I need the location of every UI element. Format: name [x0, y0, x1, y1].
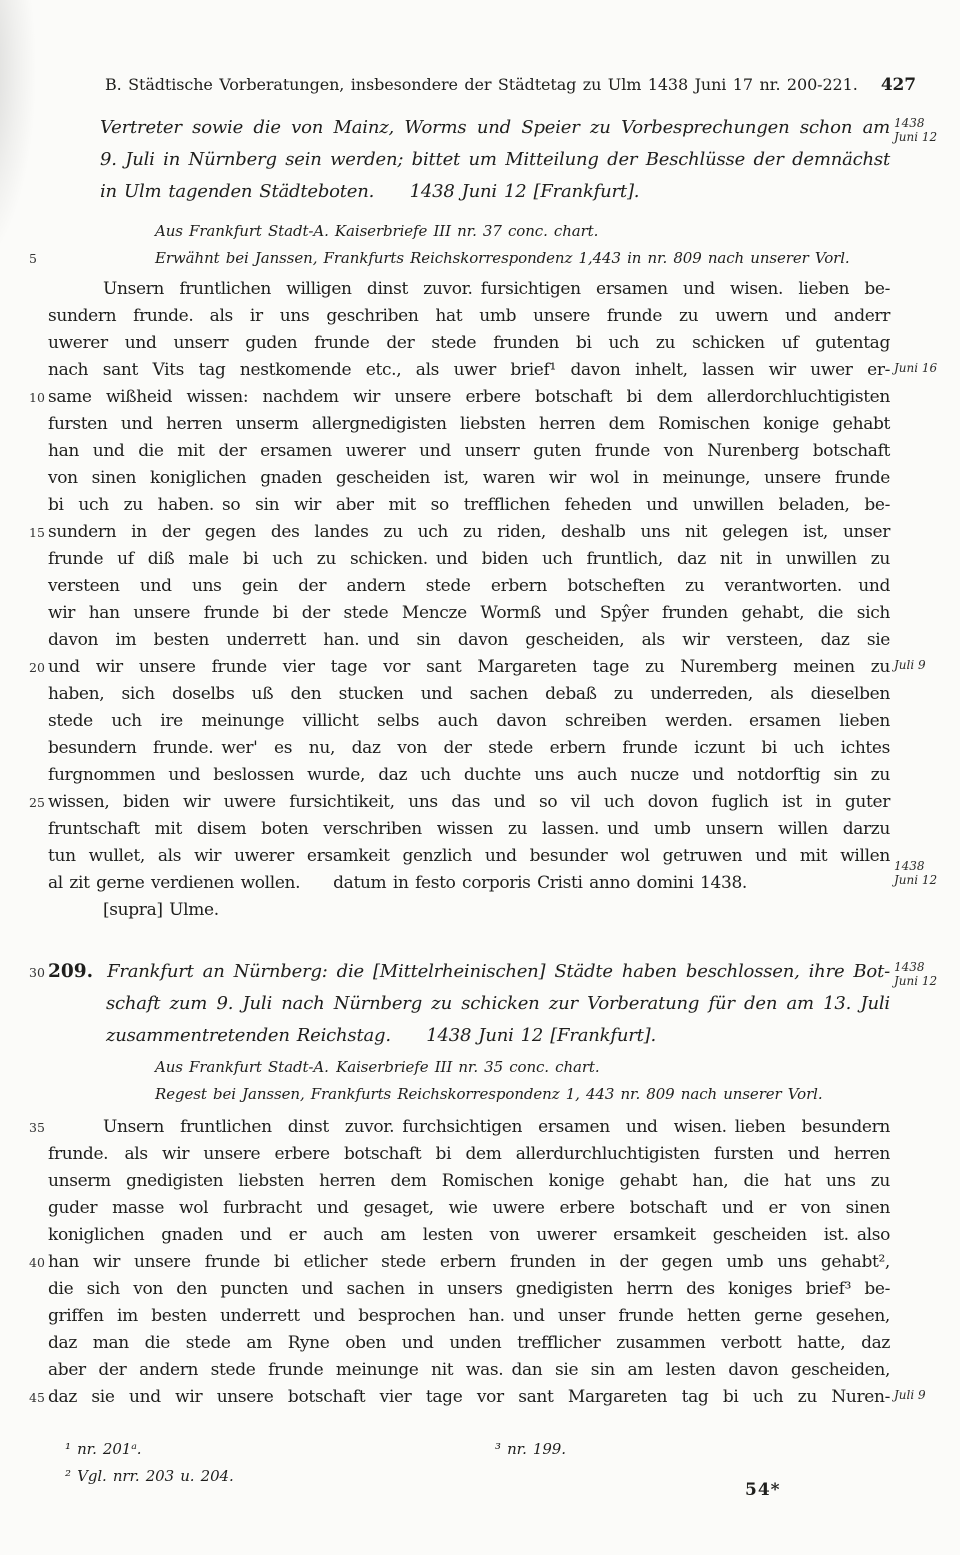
- heading-text: schaft zum 9. Juli nach Nürnberg zu schi…: [48, 988, 890, 1020]
- text-line: besundern frunde. wer' es nu, daz von de…: [0, 735, 960, 762]
- text-line: die sich von den puncten und sachen in u…: [0, 1276, 960, 1303]
- source-line: Aus Frankfurt Stadt-A. Kaiserbriefe III …: [0, 1054, 960, 1081]
- margin-date-note: 1438 Juni 12: [894, 859, 958, 887]
- body-text: haben, sich doselbs uß den stucken und s…: [48, 681, 890, 708]
- body-text: wir han unsere frunde bi der stede Mencz…: [48, 600, 890, 627]
- text-line: davon im besten underrett han. und sin d…: [0, 627, 960, 654]
- text-line: griffen im besten underrett und besproch…: [0, 1303, 960, 1330]
- margin-date-note: 1438 Juni 12: [894, 960, 958, 988]
- body-text: Unsern fruntlichen willigen dinst zuvor.…: [48, 276, 890, 303]
- body-text: und wir unsere frunde vier tage vor sant…: [48, 654, 890, 681]
- line-number: 20: [0, 660, 48, 675]
- body-text: guder masse wol furbracht und gesaget, w…: [48, 1195, 890, 1222]
- line-number: 5: [0, 251, 48, 266]
- body-text: davon im besten underrett han. und sin d…: [48, 627, 890, 654]
- source-text: Aus Frankfurt Stadt-A. Kaiserbriefe III …: [48, 218, 890, 245]
- text-line: guder masse wol furbracht und gesaget, w…: [0, 1195, 960, 1222]
- entry-number: 209.: [48, 961, 93, 982]
- text-line: versteen und uns gein der andern stede e…: [0, 573, 960, 600]
- text-line: Unsern fruntlichen willigen dinst zuvor.…: [0, 276, 960, 303]
- summary-text: 9. Juli in Nürnberg sein werden; bittet …: [48, 144, 890, 176]
- body-text: von sinen koniglichen gnaden gescheiden …: [48, 465, 890, 492]
- text-line: aber der andern stede frunde meinunge ni…: [0, 1357, 960, 1384]
- source-line: Aus Frankfurt Stadt-A. Kaiserbriefe III …: [0, 218, 960, 245]
- text-line: 35Unsern fruntlichen dinst zuvor. furchs…: [0, 1114, 960, 1141]
- summary-line: 9. Juli in Nürnberg sein werden; bittet …: [0, 144, 960, 176]
- text-line: 45daz sie und wir unsere botschaft vier …: [0, 1384, 960, 1411]
- body-text: Unsern fruntlichen dinst zuvor. furchsic…: [48, 1114, 890, 1141]
- body-text: versteen und uns gein der andern stede e…: [48, 573, 890, 600]
- body-text: bi uch zu haben. so sin wir aber mit so …: [48, 492, 890, 519]
- text-line: daz man die stede am Ryne oben und unden…: [0, 1330, 960, 1357]
- text-line: sundern frunde. als ir uns geschriben ha…: [0, 303, 960, 330]
- source-text: Aus Frankfurt Stadt-A. Kaiserbriefe III …: [48, 1054, 890, 1081]
- body-text: wissen, biden wir uwere fursichtikeit, u…: [48, 789, 890, 816]
- text-line: unserm gnedigisten liebsten herren dem R…: [0, 1168, 960, 1195]
- body-text: nach sant Vits tag nestkomende etc., als…: [48, 357, 890, 384]
- entry-209-body: 35Unsern fruntlichen dinst zuvor. furchs…: [0, 1114, 960, 1411]
- text-line: bi uch zu haben. so sin wir aber mit so …: [0, 492, 960, 519]
- text-line: 10same wißheid wissen: nachdem wir unser…: [0, 384, 960, 411]
- summary-text: Vertreter sowie die von Mainz, Worms und…: [48, 112, 890, 144]
- text-line: uwerer und unserr guden frunde der stede…: [0, 330, 960, 357]
- text-line: al zit gerne verdienen wollen. datum in …: [0, 870, 960, 897]
- entry-208-body: Unsern fruntlichen willigen dinst zuvor.…: [0, 276, 960, 924]
- body-text: han wir unsere frunde bi etlicher stede …: [48, 1249, 890, 1276]
- body-text: sundern in der gegen des landes zu uch z…: [48, 519, 890, 546]
- body-text: al zit gerne verdienen wollen. datum in …: [48, 870, 890, 897]
- heading-text: Frankfurt an Nürnberg: die [Mittelrheini…: [107, 961, 890, 982]
- heading-line: 30 209.Frankfurt an Nürnberg: die [Mitte…: [0, 956, 960, 988]
- text-line: stede uch ire meinunge villicht selbs au…: [0, 708, 960, 735]
- text-line: 40han wir unsere frunde bi etlicher sted…: [0, 1249, 960, 1276]
- page-number: 427: [881, 74, 916, 96]
- source-text: Erwähnt bei Janssen, Frankfurts Reichsko…: [48, 245, 890, 272]
- body-text: same wißheid wissen: nachdem wir unsere …: [48, 384, 890, 411]
- entry-208-sources: Aus Frankfurt Stadt-A. Kaiserbriefe III …: [0, 218, 960, 272]
- text-line: nach sant Vits tag nestkomende etc., als…: [0, 357, 960, 384]
- line-number: 30: [0, 965, 48, 980]
- margin-date-note: Juli 9: [894, 658, 958, 672]
- body-text: tun wullet, als wir uwerer ersamkeit gen…: [48, 843, 890, 870]
- body-text: fruntschaft mit disem boten verschriben …: [48, 816, 890, 843]
- book-page: B. Städtische Vorberatungen, insbesonder…: [0, 0, 960, 1555]
- page-header: B. Städtische Vorberatungen, insbesonder…: [0, 74, 960, 96]
- entry-208-summary: Vertreter sowie die von Mainz, Worms und…: [0, 112, 960, 208]
- line-number: 45: [0, 1390, 48, 1405]
- summary-line: in Ulm tagenden Städteboten. 1438 Juni 1…: [0, 176, 960, 208]
- body-text: daz sie und wir unsere botschaft vier ta…: [48, 1384, 890, 1411]
- signature-mark-row: 54*: [0, 1477, 960, 1504]
- body-text: unserm gnedigisten liebsten herren dem R…: [48, 1168, 890, 1195]
- text-line: wir han unsere frunde bi der stede Mencz…: [0, 600, 960, 627]
- body-text: sundern frunde. als ir uns geschriben ha…: [48, 303, 890, 330]
- body-text: griffen im besten underrett und besproch…: [48, 1303, 890, 1330]
- text-line: frunde. als wir unsere erbere botschaft …: [0, 1141, 960, 1168]
- summary-text: in Ulm tagenden Städteboten. 1438 Juni 1…: [48, 176, 890, 208]
- footnote-3: ³ nr. 199.: [478, 1436, 566, 1463]
- entry-209-heading: 30 209.Frankfurt an Nürnberg: die [Mitte…: [0, 956, 960, 1052]
- heading-line: schaft zum 9. Juli nach Nürnberg zu schi…: [0, 988, 960, 1020]
- line-number: 25: [0, 795, 48, 810]
- body-text: [supra] Ulme.: [48, 897, 890, 924]
- source-line: Regest bei Janssen, Frankfurts Reichskor…: [0, 1081, 960, 1108]
- text-line: fursten und herren unserm allergnedigist…: [0, 411, 960, 438]
- heading-line: zusammentretenden Reichstag. 1438 Juni 1…: [0, 1020, 960, 1052]
- margin-date-note: 1438 Juni 12: [894, 116, 958, 144]
- running-header: B. Städtische Vorberatungen, insbesonder…: [105, 74, 858, 96]
- body-text: daz man die stede am Ryne oben und unden…: [48, 1330, 890, 1357]
- source-text: Regest bei Janssen, Frankfurts Reichskor…: [48, 1081, 890, 1108]
- body-text: frunde uf diß male bi uch zu schicken. u…: [48, 546, 890, 573]
- body-text: koniglichen gnaden und er auch am lesten…: [48, 1222, 890, 1249]
- footnote-1: ¹ nr. 201ᵃ.: [48, 1436, 478, 1463]
- body-text: uwerer und unserr guden frunde der stede…: [48, 330, 890, 357]
- body-text: aber der andern stede frunde meinunge ni…: [48, 1357, 890, 1384]
- signature-mark: 54*: [745, 1480, 781, 1500]
- body-text: furgnommen und beslossen wurde, daz uch …: [48, 762, 890, 789]
- entry-209-sources: Aus Frankfurt Stadt-A. Kaiserbriefe III …: [0, 1054, 960, 1108]
- body-text: frunde. als wir unsere erbere botschaft …: [48, 1141, 890, 1168]
- summary-line: Vertreter sowie die von Mainz, Worms und…: [0, 112, 960, 144]
- text-line: tun wullet, als wir uwerer ersamkeit gen…: [0, 843, 960, 870]
- heading-text: zusammentretenden Reichstag. 1438 Juni 1…: [48, 1020, 890, 1052]
- line-number: 35: [0, 1120, 48, 1135]
- text-line: 20und wir unsere frunde vier tage vor sa…: [0, 654, 960, 681]
- source-line: 5 Erwähnt bei Janssen, Frankfurts Reichs…: [0, 245, 960, 272]
- text-line: haben, sich doselbs uß den stucken und s…: [0, 681, 960, 708]
- text-line: 15sundern in der gegen des landes zu uch…: [0, 519, 960, 546]
- body-text: die sich von den puncten und sachen in u…: [48, 1276, 890, 1303]
- margin-date-note: Juni 16: [894, 361, 958, 375]
- footnote-line: ¹ nr. 201ᵃ.³ nr. 199.: [0, 1436, 960, 1463]
- text-line: furgnommen und beslossen wurde, daz uch …: [0, 762, 960, 789]
- body-text: han und die mit der ersamen uwerer und u…: [48, 438, 890, 465]
- text-line: 25wissen, biden wir uwere fursichtikeit,…: [0, 789, 960, 816]
- text-line: fruntschaft mit disem boten verschriben …: [0, 816, 960, 843]
- text-line: von sinen koniglichen gnaden gescheiden …: [0, 465, 960, 492]
- line-number: 15: [0, 525, 48, 540]
- body-text: besundern frunde. wer' es nu, daz von de…: [48, 735, 890, 762]
- body-text: fursten und herren unserm allergnedigist…: [48, 411, 890, 438]
- text-line: [supra] Ulme.: [0, 897, 960, 924]
- line-number: 40: [0, 1255, 48, 1270]
- text-line: han und die mit der ersamen uwerer und u…: [0, 438, 960, 465]
- body-text: stede uch ire meinunge villicht selbs au…: [48, 708, 890, 735]
- text-line: frunde uf diß male bi uch zu schicken. u…: [0, 546, 960, 573]
- margin-date-note: Juli 9: [894, 1388, 958, 1402]
- footnotes: ¹ nr. 201ᵃ.³ nr. 199. ² Vgl. nrr. 203 u.…: [0, 1436, 960, 1504]
- text-line: koniglichen gnaden und er auch am lesten…: [0, 1222, 960, 1249]
- line-number: 10: [0, 390, 48, 405]
